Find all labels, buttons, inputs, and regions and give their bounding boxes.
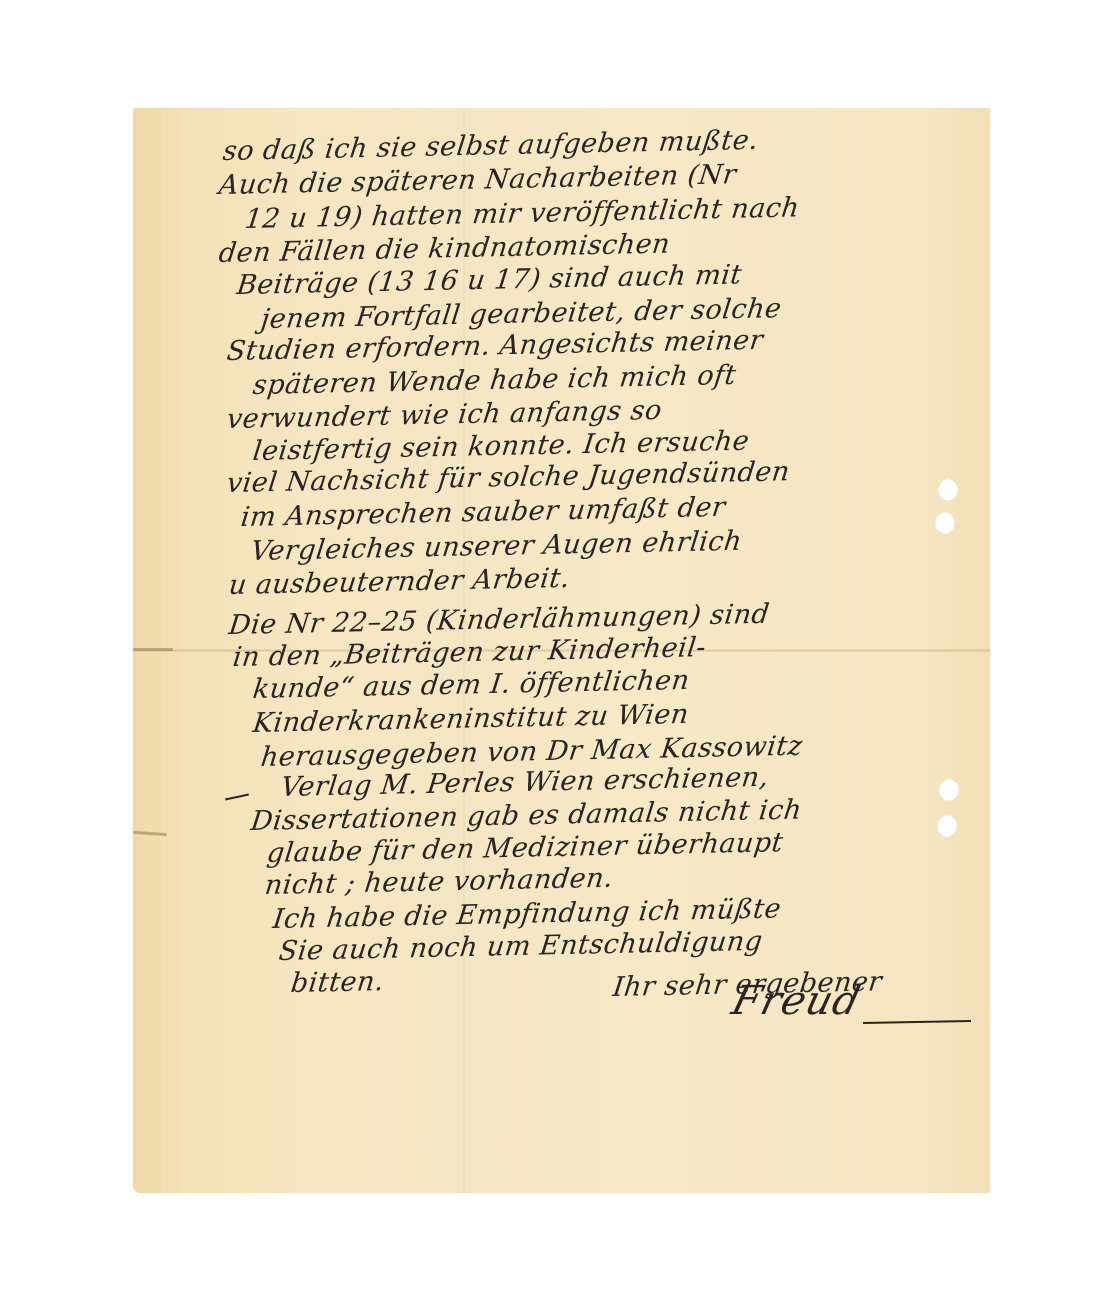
signature-flourish [863, 1020, 971, 1024]
letter-line: u ausbeuternder Arbeit. [227, 563, 572, 601]
letter-line: bitten. [289, 966, 386, 999]
punch-hole-2 [935, 512, 955, 534]
letter-line: Kinderkrankeninstitut zu Wien [251, 699, 690, 739]
letter-line: späteren Wende habe ich mich oft [251, 360, 738, 401]
punch-hole-3 [939, 779, 959, 801]
punch-hole-1 [938, 479, 958, 501]
edge-tear-upper [133, 648, 173, 651]
letter-page: so daß ich sie selbst aufgeben mußte. Au… [133, 108, 990, 1193]
letter-line: nicht ; heute vorhanden. [263, 863, 615, 901]
signature: Freud [727, 978, 865, 1024]
punch-hole-4 [937, 815, 957, 837]
letter-line: Vergleiches unserer Augen ehrlich [249, 526, 744, 567]
edge-tear-lower [133, 831, 167, 836]
